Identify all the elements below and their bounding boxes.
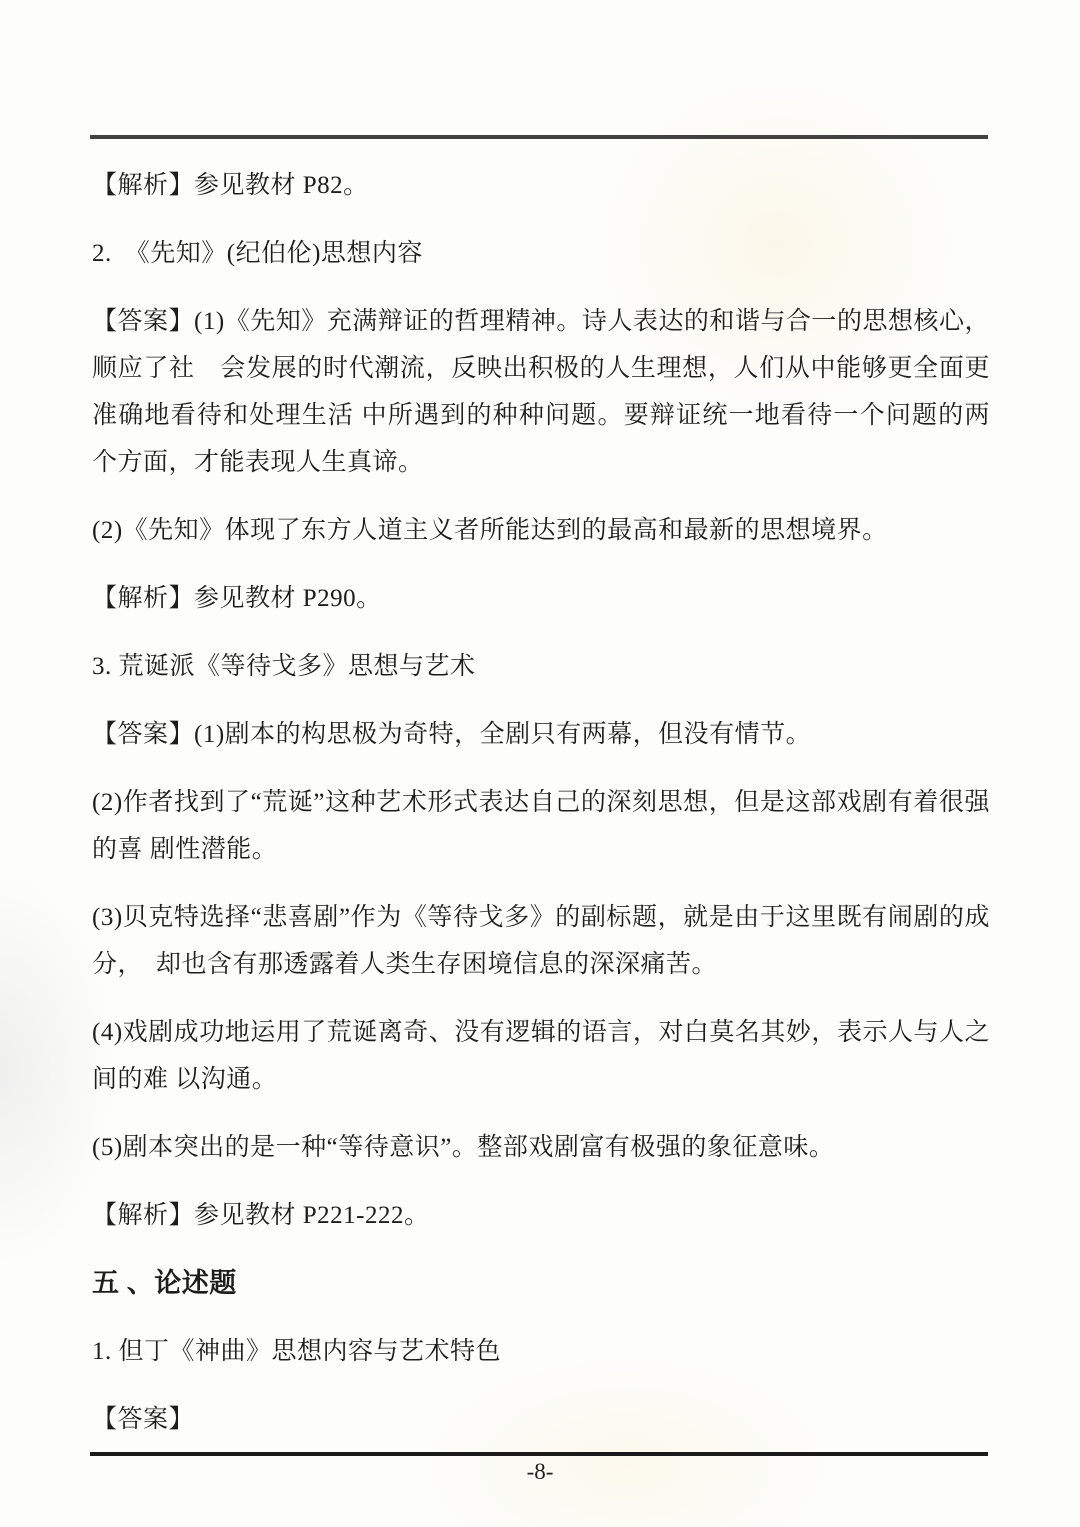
answer-label: 【答案】 bbox=[92, 1396, 990, 1443]
answer-2-point-2: (2)《先知》体现了东方人道主义者所能达到的最高和最新的思想境界。 bbox=[92, 507, 990, 554]
question-2-title: 2. 《先知》(纪伯伦)思想内容 bbox=[92, 230, 990, 277]
answer-3-point-5: (5)剧本突出的是一种“等待意识”。整部戏剧富有极强的象征意味。 bbox=[92, 1124, 990, 1171]
answer-3-point-3: (3)贝克特选择“悲喜剧”作为《等待戈多》的副标题，就是由于这里既有闹剧的成分，… bbox=[92, 894, 990, 988]
question-3-title: 3. 荒诞派《等待戈多》思想与艺术 bbox=[92, 643, 990, 690]
bottom-rule bbox=[90, 1452, 988, 1456]
answer-3-point-4: (4)戏剧成功地运用了荒诞离奇、没有逻辑的语言，对白莫名其妙，表示人与人之间的难… bbox=[92, 1009, 990, 1103]
answer-3-point-1: 【答案】(1)剧本的构思极为奇特，全剧只有两幕，但没有情节。 bbox=[92, 711, 990, 758]
top-rule bbox=[90, 135, 988, 139]
answer-2-body: 【答案】(1)《先知》充满辩证的哲理精神。诗人表达的和谐与合一的思想核心，顺应了… bbox=[92, 298, 990, 486]
page-number: -8- bbox=[0, 1459, 1080, 1485]
analysis-note-p221-222: 【解析】参见教材 P221-222。 bbox=[92, 1192, 990, 1239]
answer-3-point-2: (2)作者找到了“荒诞”这种艺术形式表达自己的深刻思想，但是这部戏剧有着很强的喜… bbox=[92, 779, 990, 873]
analysis-note-p290: 【解析】参见教材 P290。 bbox=[92, 575, 990, 622]
question-1-title: 1. 但丁《神曲》思想内容与艺术特色 bbox=[92, 1328, 990, 1375]
document-body: 【解析】参见教材 P82。 2. 《先知》(纪伯伦)思想内容 【答案】(1)《先… bbox=[92, 162, 990, 1464]
analysis-note-p82: 【解析】参见教材 P82。 bbox=[92, 162, 990, 209]
section-5-heading: 五 、论述题 bbox=[92, 1260, 990, 1307]
